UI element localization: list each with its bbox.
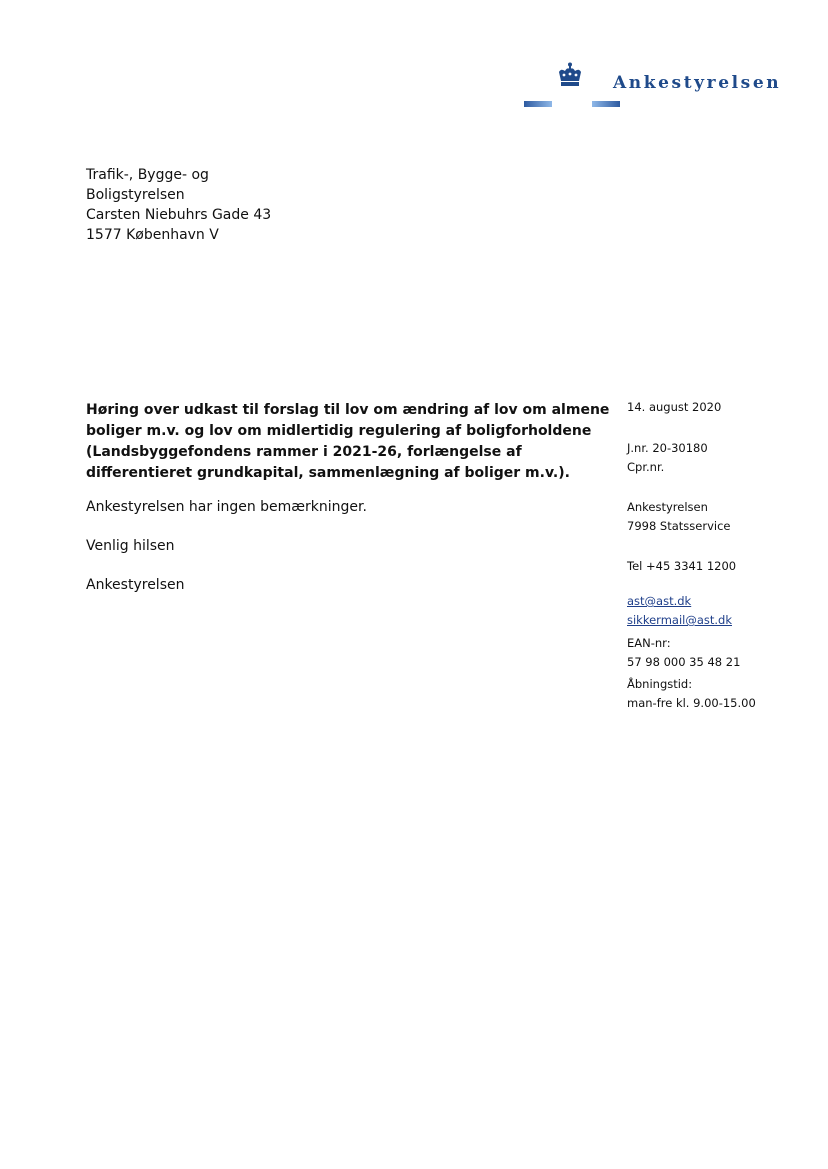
recipient-address: Trafik-, Bygge- og Boligstyrelsen Carste…: [86, 165, 271, 245]
logo-bar-right: [592, 101, 620, 107]
letter-date: 14. august 2020: [627, 398, 721, 417]
address-line: Trafik-, Bygge- og: [86, 165, 271, 185]
hours-value: man-fre kl. 9.00-15.00: [627, 694, 756, 713]
letter-subject: Høring over udkast til forslag til lov o…: [86, 400, 626, 484]
signature-text: Ankestyrelsen: [86, 577, 184, 593]
cpr-number: Cpr.nr.: [627, 458, 664, 477]
address-line: Carsten Niebuhrs Gade 43: [86, 205, 271, 225]
ean-label: EAN-nr:: [627, 634, 740, 653]
address-line: 1577 København V: [86, 225, 271, 245]
email-links: ast@ast.dk sikkermail@ast.dk: [627, 592, 732, 630]
address-line: Boligstyrelsen: [86, 185, 271, 205]
statement-text: Ankestyrelsen har ingen bemærkninger.: [86, 499, 367, 515]
email-link[interactable]: ast@ast.dk: [627, 594, 691, 608]
hours-label: Åbningstid:: [627, 675, 756, 694]
journal-number: J.nr. 20-30180: [627, 439, 708, 458]
ean-block: EAN-nr: 57 98 000 35 48 21: [627, 634, 740, 672]
secure-email-link[interactable]: sikkermail@ast.dk: [627, 613, 732, 627]
ean-value: 57 98 000 35 48 21: [627, 653, 740, 672]
sender-org: Ankestyrelsen: [627, 498, 708, 517]
logo-wordmark: Ankestyrelsen: [613, 73, 781, 93]
crown-icon: [557, 62, 583, 88]
hours-block: Åbningstid: man-fre kl. 9.00-15.00: [627, 675, 756, 713]
logo-bar-left: [524, 101, 552, 107]
closing-text: Venlig hilsen: [86, 538, 175, 554]
sender-phone: Tel +45 3341 1200: [627, 557, 736, 576]
letterhead-logo: Ankestyrelsen: [520, 62, 820, 112]
sender-postal: 7998 Statsservice: [627, 517, 730, 536]
